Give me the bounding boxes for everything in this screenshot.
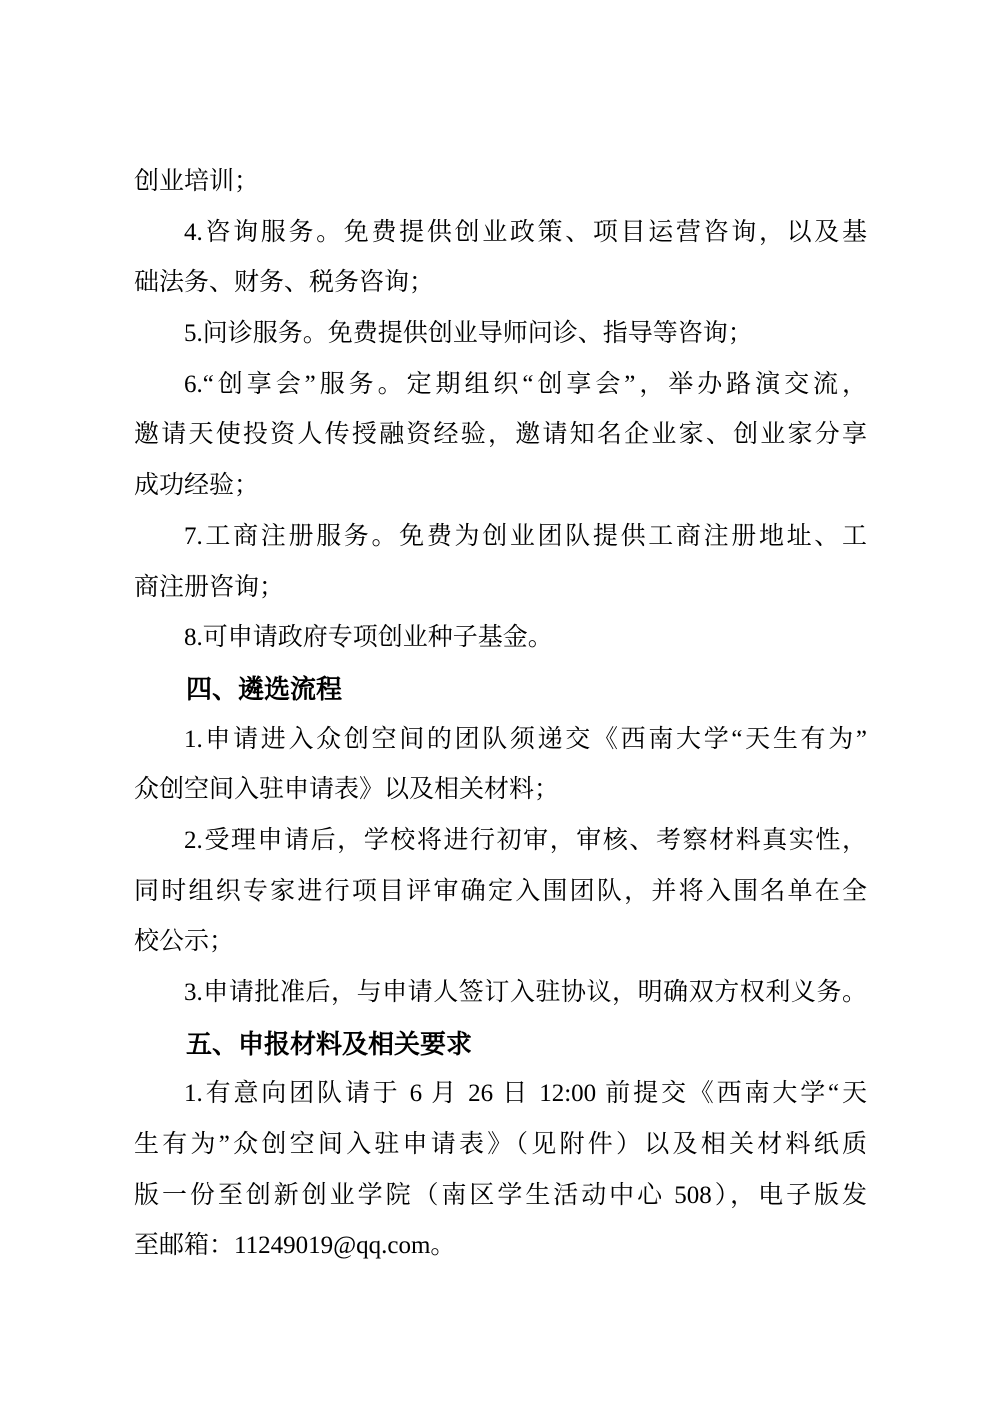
text-line: 3.申请批准后，与申请人签订入驻协议，明确双方权利义务。	[134, 968, 867, 1019]
text-line: 1.申请进入众创空间的团队须递交《西南大学“天生有为”	[134, 715, 867, 766]
text-line: 7.工商注册服务。免费为创业团队提供工商注册地址、工	[134, 512, 867, 563]
text-line: 6.“创享会”服务。定期组织“创享会”，举办路演交流，	[134, 360, 867, 411]
text-block: 创业培训；4.咨询服务。免费提供创业政策、项目运营咨询，以及基础法务、财务、税务…	[134, 157, 867, 1272]
text-line: 成功经验；	[134, 461, 867, 512]
text-line: 8.可申请政府专项创业种子基金。	[134, 613, 867, 664]
text-line: 同时组织专家进行项目评审确定入围团队，并将入围名单在全	[134, 867, 867, 918]
section-heading: 四、遴选流程	[134, 664, 867, 715]
text-line: 邀请天使投资人传授融资经验，邀请知名企业家、创业家分享	[134, 410, 867, 461]
text-line: 至邮箱：11249019@qq.com。	[134, 1221, 867, 1272]
text-line: 5.问诊服务。免费提供创业导师问诊、指导等咨询；	[134, 309, 867, 360]
text-line: 4.咨询服务。免费提供创业政策、项目运营咨询，以及基	[134, 208, 867, 259]
text-line: 1.有意向团队请于 6 月 26 日 12:00 前提交《西南大学“天	[134, 1069, 867, 1120]
text-line: 生有为”众创空间入驻申请表》（见附件）以及相关材料纸质	[134, 1120, 867, 1171]
text-line: 创业培训；	[134, 157, 867, 208]
document-page: 创业培训；4.咨询服务。免费提供创业政策、项目运营咨询，以及基础法务、财务、税务…	[0, 0, 1000, 1414]
text-line: 众创空间入驻申请表》以及相关材料；	[134, 765, 867, 816]
text-line: 校公示；	[134, 917, 867, 968]
text-line: 版一份至创新创业学院（南区学生活动中心 508），电子版发	[134, 1171, 867, 1222]
text-line: 商注册咨询；	[134, 563, 867, 614]
section-heading: 五、申报材料及相关要求	[134, 1019, 867, 1070]
text-line: 2.受理申请后，学校将进行初审，审核、考察材料真实性，	[134, 816, 867, 867]
text-line: 础法务、财务、税务咨询；	[134, 258, 867, 309]
